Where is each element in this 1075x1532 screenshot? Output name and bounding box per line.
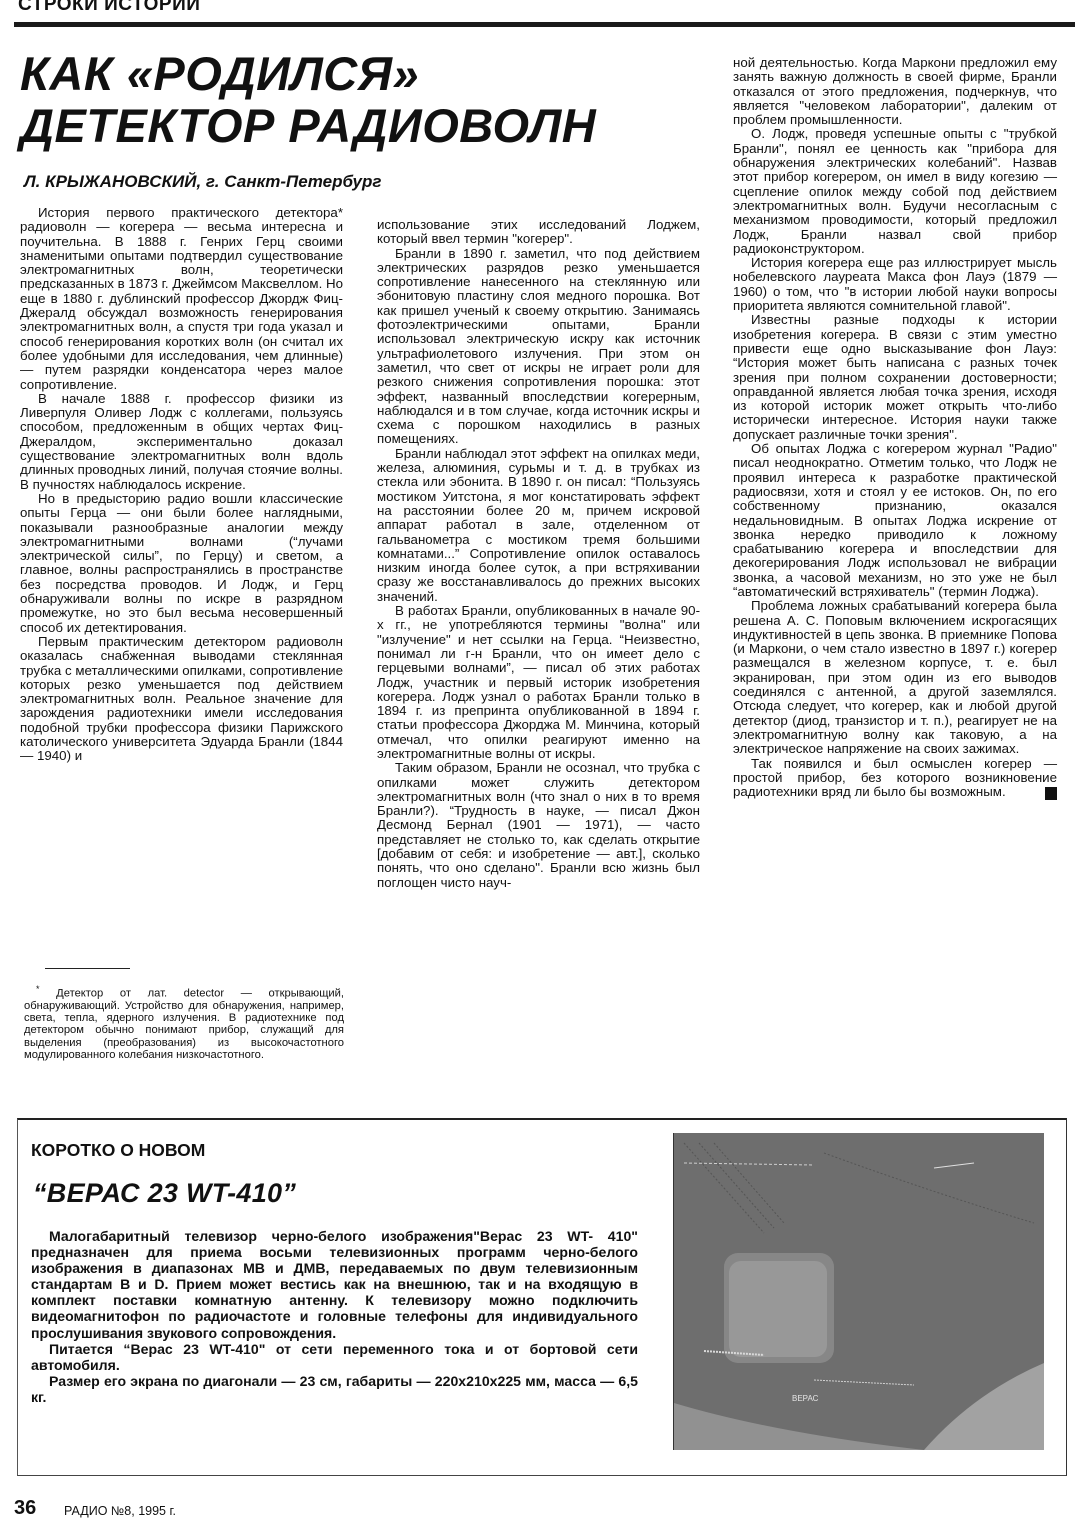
paragraph: Таким образом, Бранли не осознал, что тр…: [377, 761, 700, 890]
footnote: * Детектор от лат. detector — открывающи…: [24, 983, 344, 1061]
paragraph: Питается “Верас 23 WT-410" от сети перем…: [31, 1341, 638, 1373]
end-of-article-mark-icon: [1045, 787, 1057, 800]
news-title: “ВЕРАС 23 WT-410”: [33, 1178, 296, 1209]
paragraph: Бранли наблюдал этот эффект на опилках м…: [377, 447, 700, 604]
news-body: Малогабаритный телевизор черно-белого из…: [31, 1228, 638, 1405]
closing-paragraph-text: Так появился и был осмыслен когерер — пр…: [733, 756, 1057, 800]
article-byline: Л. КРЫЖАНОВСКИЙ, г. Санкт-Петербург: [24, 172, 381, 192]
paragraph: О. Лодж, проведя успешные опыты с "трубк…: [733, 127, 1057, 256]
section-label: СТРОКИ ИСТОРИИ: [18, 0, 200, 16]
paragraph: В работах Бранли, опубликованных в начал…: [377, 604, 700, 761]
paragraph: История когерера еще раз иллюстрирует мы…: [733, 256, 1057, 313]
article-column-2: использование этих исследований Лоджем, …: [377, 218, 700, 890]
svg-text:ВЕРАС: ВЕРАС: [792, 1394, 819, 1403]
television-photo: ВЕРАС: [673, 1133, 1044, 1450]
article-title-line-1: КАК «РОДИЛСЯ»: [20, 48, 710, 100]
paragraph: Малогабаритный телевизор черно-белого из…: [31, 1228, 638, 1341]
paragraph: ной деятельностью. Когда Маркони предлож…: [733, 56, 1057, 127]
paragraph: Так появился и был осмыслен когерер — пр…: [733, 757, 1057, 800]
paragraph: Об опытах Лоджа с когерером журнал "Ради…: [733, 442, 1057, 599]
page-number: 36: [14, 1497, 36, 1520]
paragraph: использование этих исследований Лоджем, …: [377, 218, 700, 247]
news-section-label: КОРОТКО О НОВОМ: [31, 1140, 205, 1161]
footnote-rule: [45, 968, 130, 969]
article-column-3: ной деятельностью. Когда Маркони предлож…: [733, 56, 1057, 800]
paragraph: История первого практического детектора*…: [20, 206, 343, 392]
page-source: РАДИО №8, 1995 г.: [64, 1504, 176, 1518]
footnote-marker: *: [36, 984, 40, 994]
paragraph: Но в предысторию радио вошли классически…: [20, 492, 343, 635]
paragraph: Проблема ложных срабатываний когерера бы…: [733, 599, 1057, 756]
paragraph: Первым практическим детектором радиоволн…: [20, 635, 343, 764]
top-rule: [14, 22, 1075, 27]
article-title-line-2: ДЕТЕКТОР РАДИОВОЛН: [20, 100, 710, 152]
footnote-text: Детектор от лат. detector — открывающий,…: [24, 988, 344, 1061]
television-image-icon: ВЕРАС: [674, 1133, 1044, 1450]
article-column-1: История первого практического детектора*…: [20, 206, 343, 764]
article-title: КАК «РОДИЛСЯ» ДЕТЕКТОР РАДИОВОЛН: [20, 48, 710, 152]
paragraph: Бранли в 1890 г. заметил, что под действ…: [377, 247, 700, 447]
paragraph: В начале 1888 г. профессор физики из Лив…: [20, 392, 343, 492]
paragraph: Размер его экрана по диагонали — 23 см, …: [31, 1373, 638, 1405]
paragraph: Известны разные подходы к истории изобре…: [733, 313, 1057, 442]
